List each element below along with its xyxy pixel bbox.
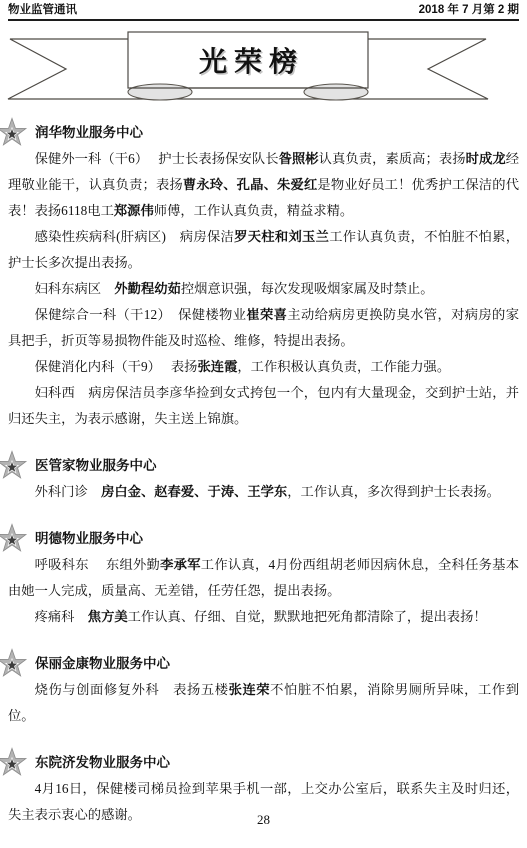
- issue-label: 2018 年 7 月第 2 期: [419, 3, 519, 18]
- section-title: 润华物业服务中心: [8, 120, 519, 146]
- commended-name: 焦方美: [88, 609, 128, 624]
- section-0: 润华物业服务中心保健外一科（干6） 护士长表扬保安队长昝照彬认真负责，素质高；表…: [8, 120, 519, 432]
- header-rule: [8, 19, 519, 21]
- section-3: 保丽金康物业服务中心烧伤与创面修复外科 表扬五楼张连荣不怕脏不怕累，消除男厕所异…: [8, 651, 519, 729]
- paragraph-text: 烧伤与创面修复外科 表扬五楼: [35, 682, 229, 697]
- paragraph-text: 妇科东病区: [35, 281, 115, 296]
- page-header: 物业监管通讯 2018 年 7 月第 2 期: [8, 3, 519, 18]
- newsletter-page: 物业监管通讯 2018 年 7 月第 2 期 光荣榜 润华物业服务中心保健外一科…: [0, 0, 527, 848]
- commended-name: 曹永玲、孔晶、朱爱红: [183, 177, 318, 192]
- paragraph: 妇科西 病房保洁员李彦华捡到女式挎包一个，包内有大量现金，交到护士站，并归还失主…: [8, 380, 519, 432]
- content: 润华物业服务中心保健外一科（干6） 护士长表扬保安队长昝照彬认真负责，素质高；表…: [8, 120, 519, 828]
- paragraph-text: 工作认真、仔细、自觉，默默地把死角都清除了，提出表扬！: [128, 609, 487, 624]
- section-1: 医管家物业服务中心外科门诊 房白金、赵春爱、于涛、王学东，工作认真，多次得到护士…: [8, 453, 519, 505]
- paragraph-text: 保健外一科（干6） 护士长表扬保安队长: [35, 151, 279, 166]
- paragraph-text: 控烟意识强，每次发现吸烟家属及时禁止。: [181, 281, 434, 296]
- paragraph-text: ，工作积极认真负责，工作能力强。: [237, 359, 450, 374]
- paragraph: 保健综合一科（干12） 保健楼物业崔荣喜主动给病房更换防臭水管，对病房的家具把手…: [8, 302, 519, 354]
- star-icon: [0, 450, 28, 482]
- section-2: 明德物业服务中心呼吸科东 东组外勤李承军工作认真，4月份西组胡老师因病休息，全科…: [8, 526, 519, 630]
- page-number: 28: [0, 812, 527, 828]
- section-title-text: 医管家物业服务中心: [35, 458, 157, 473]
- banner-title: 光荣榜: [128, 33, 368, 87]
- section-title: 保丽金康物业服务中心: [8, 651, 519, 677]
- paragraph-text: 感染性疾病科(肝病区) 病房保洁: [35, 229, 235, 244]
- commended-name: 罗天柱和刘玉兰: [234, 229, 329, 244]
- paragraph: 妇科东病区 外勤程幼茹控烟意识强，每次发现吸烟家属及时禁止。: [8, 276, 519, 302]
- commended-name: 房白金、赵春爱、于涛、王学东: [101, 484, 287, 499]
- newsletter-title: 物业监管通讯: [8, 3, 77, 18]
- paragraph-text: 疼痛科: [35, 609, 88, 624]
- commended-name: 张连霞: [197, 359, 237, 374]
- commended-name: 张连荣: [229, 682, 271, 697]
- star-icon: [0, 523, 28, 555]
- commended-name: 郑源伟: [114, 203, 154, 218]
- section-title-text: 保丽金康物业服务中心: [35, 656, 170, 671]
- star-icon: [0, 648, 28, 680]
- commended-name: 昝照彬: [279, 151, 319, 166]
- paragraph: 保健外一科（干6） 护士长表扬保安队长昝照彬认真负责，素质高；表扬时成龙经理敬业…: [8, 146, 519, 224]
- section-title-text: 明德物业服务中心: [35, 531, 143, 546]
- paragraph: 呼吸科东 东组外勤李承军工作认真，4月份西组胡老师因病休息，全科任务基本由她一人…: [8, 552, 519, 604]
- section-title: 东院济发物业服务中心: [8, 750, 519, 776]
- section-title-text: 东院济发物业服务中心: [35, 755, 170, 770]
- commended-name: 外勤程幼茹: [114, 281, 180, 296]
- paragraph-text: 呼吸科东 东组外勤: [35, 557, 161, 572]
- paragraph-text: 保健消化内科（干9） 表扬: [35, 359, 198, 374]
- paragraph-text: 保健综合一科（干12） 保健楼物业: [35, 307, 247, 322]
- honor-roll-banner: 光荣榜: [0, 31, 527, 103]
- paragraph: 感染性疾病科(肝病区) 病房保洁罗天柱和刘玉兰工作认真负责，不怕脏不怕累，护士长…: [8, 224, 519, 276]
- paragraph-text: 外科门诊: [35, 484, 101, 499]
- paragraph: 保健消化内科（干9） 表扬张连霞，工作积极认真负责，工作能力强。: [8, 354, 519, 380]
- paragraph: 烧伤与创面修复外科 表扬五楼张连荣不怕脏不怕累，消除男厕所异味，工作到位。: [8, 677, 519, 729]
- paragraph-text: ，工作认真，多次得到护士长表扬。: [287, 484, 500, 499]
- paragraph: 外科门诊 房白金、赵春爱、于涛、王学东，工作认真，多次得到护士长表扬。: [8, 479, 519, 505]
- commended-name: 时成龙: [466, 151, 506, 166]
- paragraph-text: 师傅，工作认真负责，精益求精。: [154, 203, 353, 218]
- star-icon: [0, 117, 28, 149]
- section-title-text: 润华物业服务中心: [35, 125, 143, 140]
- section-title: 医管家物业服务中心: [8, 453, 519, 479]
- paragraph: 疼痛科 焦方美工作认真、仔细、自觉，默默地把死角都清除了，提出表扬！: [8, 604, 519, 630]
- paragraph-text: 妇科西 病房保洁员李彦华捡到女式挎包一个，包内有大量现金，交到护士站，并归还失主…: [8, 385, 519, 426]
- section-title: 明德物业服务中心: [8, 526, 519, 552]
- commended-name: 李承军: [160, 557, 201, 572]
- paragraph-text: 认真负责，素质高；表扬: [319, 151, 466, 166]
- commended-name: 崔荣喜: [246, 307, 287, 322]
- star-icon: [0, 747, 28, 779]
